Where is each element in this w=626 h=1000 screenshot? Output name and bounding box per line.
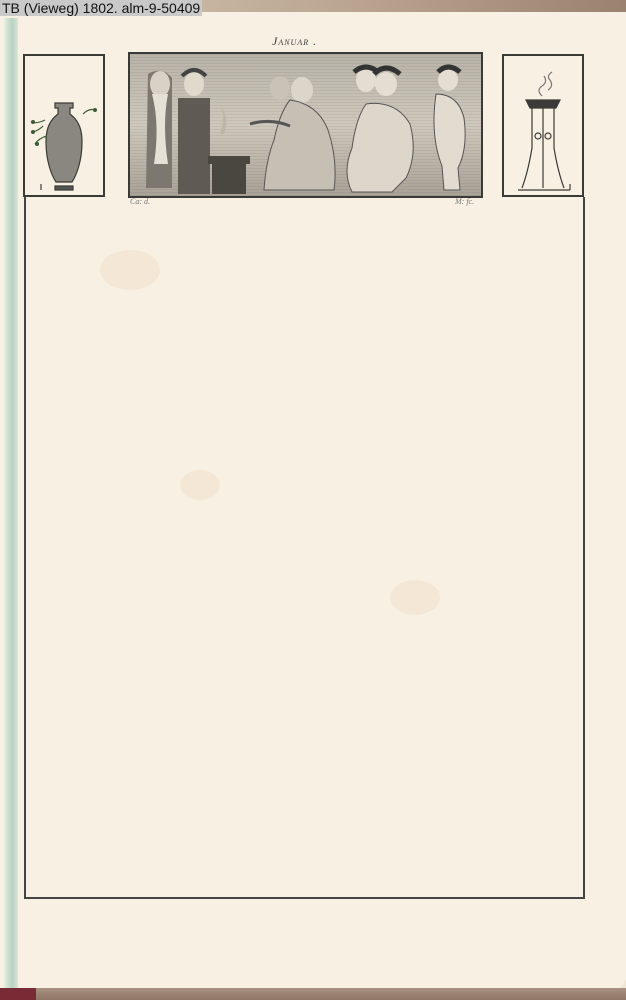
- month-title: Januar .: [272, 34, 317, 49]
- catalog-label: TB (Vieweg) 1802. alm-9-50409: [0, 0, 202, 16]
- right-vignette-frame: [502, 54, 584, 197]
- main-ruled-frame: [24, 197, 585, 899]
- tripod-altar-icon: [504, 56, 582, 195]
- left-vignette-frame: [23, 54, 105, 197]
- book-spine-edge: [4, 18, 18, 993]
- book-bottom-edge: [0, 988, 626, 1000]
- relief-figures-image: [130, 54, 481, 196]
- engraving-relief-scene: [128, 52, 483, 198]
- cover-corner: [0, 988, 36, 1000]
- amphora-icon: [25, 56, 103, 195]
